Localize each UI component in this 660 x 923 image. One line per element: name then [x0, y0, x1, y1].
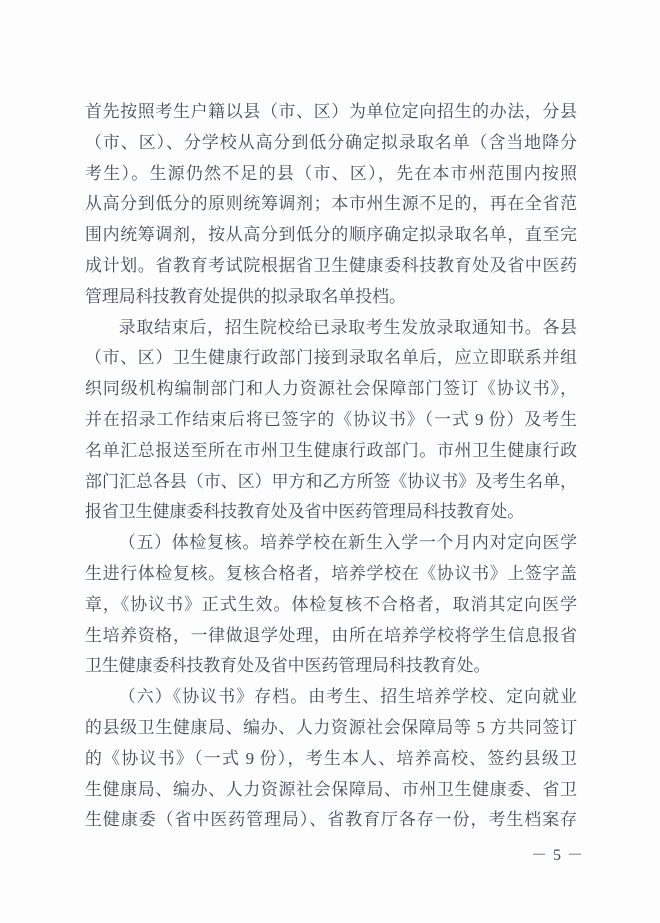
text-line: 考生）。生源仍然不足的县（市、区），先在本市州范围内按照: [85, 159, 577, 190]
text-line: （市、区）、分学校从高分到低分确定拟录取名单（含当地降分: [85, 128, 577, 159]
text-line: 从高分到低分的原则统筹调剂；本市州生源不足的，再在全省范: [85, 189, 577, 220]
text-line: 部门汇总各县（市、区）甲方和乙方所签《协议书》及考生名单，: [85, 467, 577, 498]
document-text-block: 首先按照考生户籍以县（市、区）为单位定向招生的办法，分县 （市、区）、分学校从高…: [85, 97, 577, 836]
text-line: 录取结束后，招生院校给已录取考生发放录取通知书。各县: [85, 313, 577, 344]
text-line: 成计划。省教育考试院根据省卫生健康委科技教育处及省中医药: [85, 251, 577, 282]
text-line: 章，《协议书》正式生效。体检复核不合格者，取消其定向医学: [85, 590, 577, 621]
text-line: 并在招录工作结束后将已签字的《协议书》（一式 9 份）及考生: [85, 405, 577, 436]
text-line: （五）体检复核。培养学校在新生入学一个月内对定向医学: [85, 528, 577, 559]
text-line: （市、区）卫生健康行政部门接到录取名单后，应立即联系并组: [85, 343, 577, 374]
text-line: 的县级卫生健康局、编办、人力资源社会保障局等 5 方共同签订: [85, 713, 577, 744]
text-line: 卫生健康委科技教育处及省中医药管理局科技教育处。: [85, 651, 577, 682]
text-line: 首先按照考生户籍以县（市、区）为单位定向招生的办法，分县: [85, 97, 577, 128]
text-line: 围内统筹调剂，按从高分到低分的顺序确定拟录取名单，直至完: [85, 220, 577, 251]
text-line: 报省卫生健康委科技教育处及省中医药管理局科技教育处。: [85, 497, 577, 528]
text-line: 生培养资格，一律做退学处理，由所在培养学校将学生信息报省: [85, 621, 577, 652]
document-page: 首先按照考生户籍以县（市、区）为单位定向招生的办法，分县 （市、区）、分学校从高…: [0, 0, 660, 923]
page-number: － 5 －: [531, 845, 584, 867]
text-line: 生进行体检复核。复核合格者，培养学校在《协议书》上签字盖: [85, 559, 577, 590]
text-line: （六）《协议书》存档。由考生、招生培养学校、定向就业: [85, 682, 577, 713]
text-line: 织同级机构编制部门和人力资源社会保障部门签订《协议书》，: [85, 374, 577, 405]
text-line: 生健康局、编办、人力资源社会保障局、市州卫生健康委、省卫: [85, 775, 577, 806]
text-line: 管理局科技教育处提供的拟录取名单投档。: [85, 282, 577, 313]
text-line: 生健康委（省中医药管理局）、省教育厅各存一份，考生档案存: [85, 805, 577, 836]
text-line: 的《协议书》（一式 9 份），考生本人、培养高校、签约县级卫: [85, 744, 577, 775]
text-line: 名单汇总报送至所在市州卫生健康行政部门。市州卫生健康行政: [85, 436, 577, 467]
